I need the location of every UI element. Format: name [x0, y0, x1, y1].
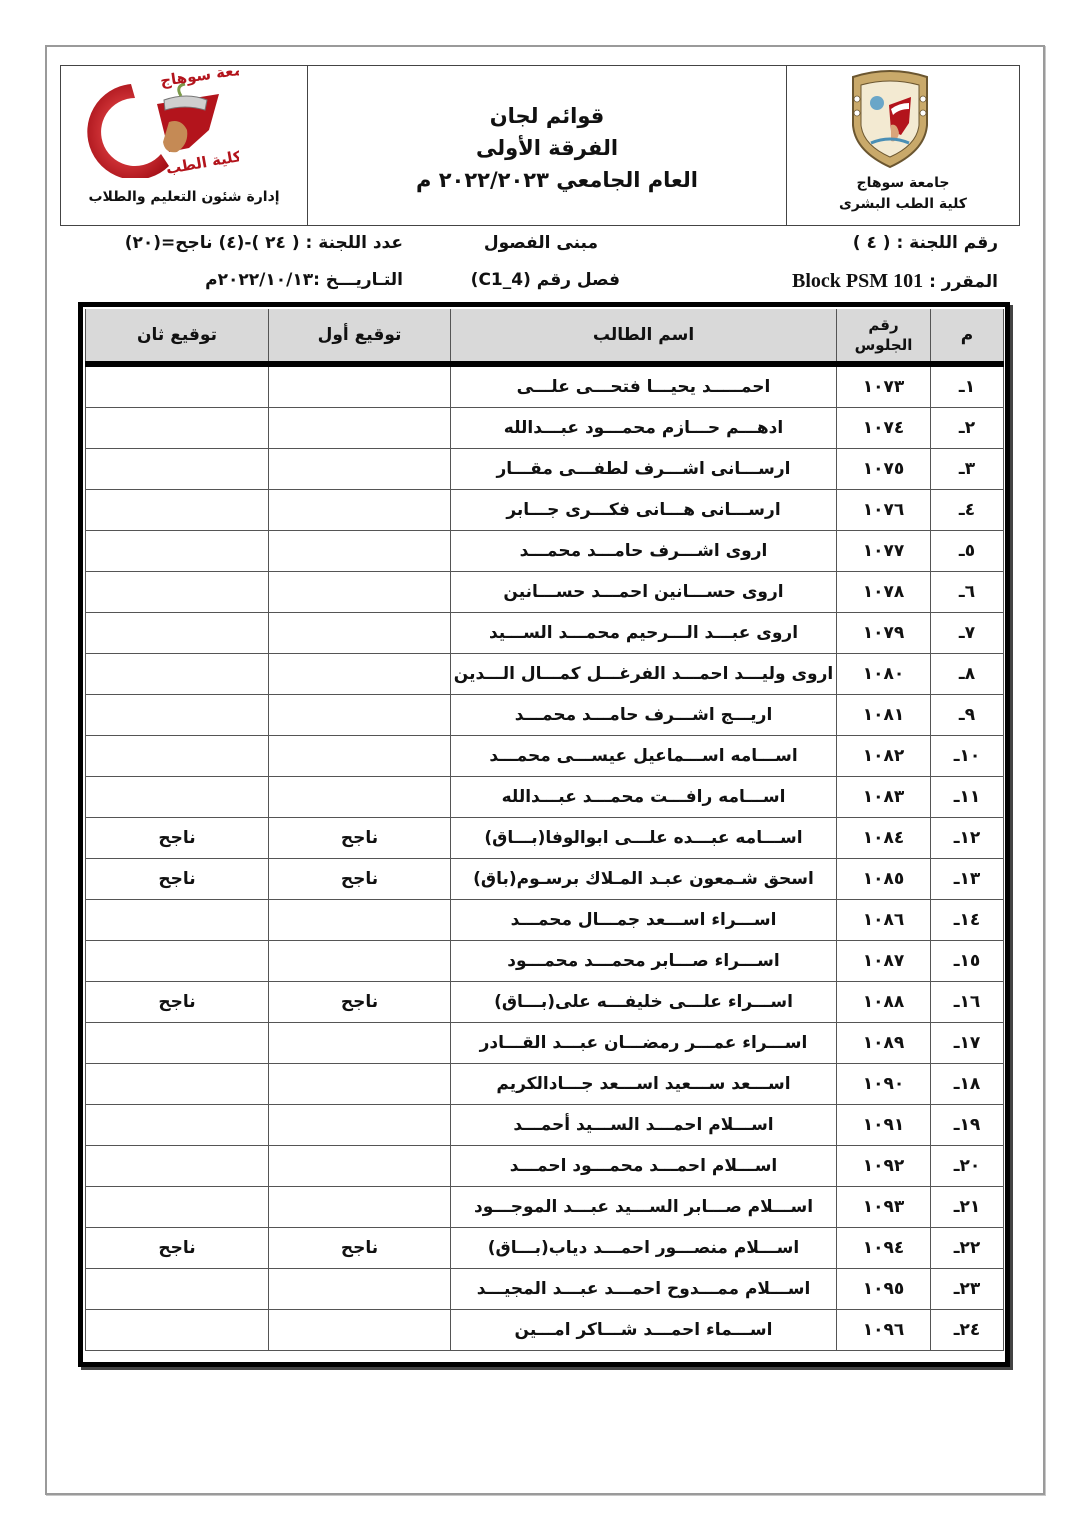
first-signature-cell: [269, 777, 451, 818]
row-index: ٤ـ: [931, 490, 1004, 531]
second-signature-cell: [86, 1146, 269, 1187]
faculty-name: كلية الطب البشرى: [787, 194, 1019, 215]
row-index: ١٣ـ: [931, 859, 1004, 900]
second-signature-cell: [86, 364, 269, 408]
seat-number: ١٠٨٢: [837, 736, 931, 777]
seat-number: ١٠٩٤: [837, 1228, 931, 1269]
second-signature-cell: [86, 408, 269, 449]
second-signature-cell: [86, 777, 269, 818]
table-row: ١ـ١٠٧٣احمـــــد يحيـــا فتحـــى علـــى: [86, 364, 1004, 408]
column-header-seat: رقم الجلوس: [837, 309, 931, 364]
seat-number: ١٠٧٤: [837, 408, 931, 449]
second-signature-cell: ناجح: [86, 1228, 269, 1269]
table-row: ٣ـ١٠٧٥ارســـانى اشـــرف لطفـــى مقـــار: [86, 449, 1004, 490]
course-code: Block PSM 101: [792, 270, 923, 292]
student-name: اســـراء اســـعد جمـــال محمـــد: [451, 900, 837, 941]
first-signature-cell: [269, 572, 451, 613]
student-name: اروى حســـانين احمـــد حســـانين: [451, 572, 837, 613]
first-signature-cell: [269, 736, 451, 777]
first-signature-cell: ناجح: [269, 818, 451, 859]
row-index: ١٩ـ: [931, 1105, 1004, 1146]
student-name: اسحق شـمعون عبـد المـلاك برسـوم(باق): [451, 859, 837, 900]
building-name: مبنى الفصول: [484, 233, 598, 253]
first-signature-cell: [269, 490, 451, 531]
course-info-row: المقرر : Block PSM 101 فصل رقم (C1_4) ال…: [120, 270, 998, 298]
row-index: ٧ـ: [931, 613, 1004, 654]
seat-number: ١٠٩١: [837, 1105, 931, 1146]
second-signature-cell: [86, 736, 269, 777]
first-signature-cell: ناجح: [269, 1228, 451, 1269]
row-index: ٨ـ: [931, 654, 1004, 695]
second-signature-cell: [86, 1023, 269, 1064]
first-signature-cell: [269, 1310, 451, 1351]
university-crest-icon: [847, 69, 933, 169]
first-signature-cell: [269, 1146, 451, 1187]
seat-number: ١٠٨٨: [837, 982, 931, 1023]
row-index: ١ـ: [931, 364, 1004, 408]
roster-table: م رقم الجلوس اسم الطالب توقيع أول توقيع …: [85, 309, 1004, 1351]
student-name: اســـراء علـــى خليفـــه على(بـــاق): [451, 982, 837, 1023]
table-row: ١٧ـ١٠٨٩اســـراء عمـــر رمضـــان عبـــد ا…: [86, 1023, 1004, 1064]
table-row: ١٣ـ١٠٨٥اسحق شـمعون عبـد المـلاك برسـوم(ب…: [86, 859, 1004, 900]
first-signature-cell: [269, 654, 451, 695]
table-row: ١٩ـ١٠٩١اســـلام احمـــد الســـيد أحمـــد: [86, 1105, 1004, 1146]
student-name: اروى وليـــد احمـــد الفرغـــل كمـــال ا…: [451, 654, 837, 695]
student-name: اســـماء احمـــد شـــاكر امـــين: [451, 1310, 837, 1351]
document-title: قوائم لجان: [308, 100, 786, 132]
seat-number: ١٠٨٤: [837, 818, 931, 859]
row-index: ٢٤ـ: [931, 1310, 1004, 1351]
seat-number: ١٠٧٥: [837, 449, 931, 490]
row-index: ١٥ـ: [931, 941, 1004, 982]
row-index: ٢١ـ: [931, 1187, 1004, 1228]
first-signature-cell: [269, 1187, 451, 1228]
student-name: اســـراء عمـــر رمضـــان عبـــد القـــاد…: [451, 1023, 837, 1064]
table-row: ٢٢ـ١٠٩٤اســـلام منصـــور احمـــد دياب(بـ…: [86, 1228, 1004, 1269]
student-name: احمـــــد يحيـــا فتحـــى علـــى: [451, 364, 837, 408]
seat-number: ١٠٨٣: [837, 777, 931, 818]
first-signature-cell: [269, 1269, 451, 1310]
student-name: اســـلام احمـــد محمـــود احمـــد: [451, 1146, 837, 1187]
seat-number: ١٠٧٧: [837, 531, 931, 572]
student-name: اســـلام صـــابر الســـيد عبـــد الموجــ…: [451, 1187, 837, 1228]
table-row: ٨ـ١٠٨٠اروى وليـــد احمـــد الفرغـــل كمـ…: [86, 654, 1004, 695]
row-index: ١٤ـ: [931, 900, 1004, 941]
row-index: ٢٠ـ: [931, 1146, 1004, 1187]
column-header-index: م: [931, 309, 1004, 364]
table-row: ٧ـ١٠٧٩اروى عبـــد الـــرحيم محمـــد السـ…: [86, 613, 1004, 654]
first-signature-cell: ناجح: [269, 982, 451, 1023]
header-left-cell: جامعة سوهاج كلية الطب إدارة شئون التعليم…: [61, 66, 308, 225]
table-row: ٢٤ـ١٠٩٦اســـماء احمـــد شـــاكر امـــين: [86, 1310, 1004, 1351]
university-name: جامعة سوهاج: [787, 173, 1019, 194]
first-signature-cell: [269, 941, 451, 982]
first-signature-cell: [269, 900, 451, 941]
seat-number: ١٠٧٦: [837, 490, 931, 531]
row-index: ٥ـ: [931, 531, 1004, 572]
header-right-cell: جامعة سوهاج كلية الطب البشرى: [787, 66, 1019, 225]
first-signature-cell: [269, 449, 451, 490]
student-name: اســـلام ممـــدوح احمـــد عبـــد المجيــ…: [451, 1269, 837, 1310]
second-signature-cell: [86, 1269, 269, 1310]
seat-number: ١٠٨٧: [837, 941, 931, 982]
course-label: المقرر :: [929, 272, 998, 292]
department-label: إدارة شئون التعليم والطلاب: [61, 189, 307, 205]
first-signature-cell: [269, 364, 451, 408]
exam-date: التـاريـــخ :٢٠٢٢/١٠/١٣م: [205, 270, 403, 290]
table-header-row: م رقم الجلوس اسم الطالب توقيع أول توقيع …: [86, 309, 1004, 364]
seat-number: ١٠٨٦: [837, 900, 931, 941]
table-row: ١٢ـ١٠٨٤اســـامه عبـــده علـــى ابوالوفا(…: [86, 818, 1004, 859]
first-signature-cell: [269, 1105, 451, 1146]
academic-year: العام الجامعي ٢٠٢٢/٢٠٢٣ م: [308, 164, 786, 196]
row-index: ١٦ـ: [931, 982, 1004, 1023]
second-signature-cell: [86, 695, 269, 736]
first-signature-cell: [269, 531, 451, 572]
table-row: ٢ـ١٠٧٤ادهـــم حـــازم محمـــود عبـــدالل…: [86, 408, 1004, 449]
first-signature-cell: [269, 1023, 451, 1064]
table-row: ٩ـ١٠٨١اريـــج اشـــرف حامـــد محمـــد: [86, 695, 1004, 736]
committee-number: رقم اللجنة : ( ٤ ): [853, 233, 998, 253]
table-row: ١٥ـ١٠٨٧اســـراء صـــابر محمـــد محمـــود: [86, 941, 1004, 982]
row-index: ٢٣ـ: [931, 1269, 1004, 1310]
table-row: ١٨ـ١٠٩٠اســـعد ســـعيد اســـعد جـــادالك…: [86, 1064, 1004, 1105]
second-signature-cell: [86, 449, 269, 490]
seat-number: ١٠٧٣: [837, 364, 931, 408]
second-signature-cell: ناجح: [86, 859, 269, 900]
seat-number: ١٠٨٩: [837, 1023, 931, 1064]
seat-number: ١٠٨٥: [837, 859, 931, 900]
second-signature-cell: [86, 1064, 269, 1105]
table-row: ١١ـ١٠٨٣اســـامه رافـــت محمـــد عبـــدال…: [86, 777, 1004, 818]
row-index: ٣ـ: [931, 449, 1004, 490]
header-title-cell: قوائم لجان الفرقة الأولى العام الجامعي ٢…: [308, 66, 787, 225]
seat-number: ١٠٩٠: [837, 1064, 931, 1105]
row-index: ٢٢ـ: [931, 1228, 1004, 1269]
row-index: ١٨ـ: [931, 1064, 1004, 1105]
seat-number: ١٠٧٨: [837, 572, 931, 613]
student-name: ارســـانى اشـــرف لطفـــى مقـــار: [451, 449, 837, 490]
first-signature-cell: [269, 613, 451, 654]
second-signature-cell: ناجح: [86, 982, 269, 1023]
table-row: ٢٣ـ١٠٩٥اســـلام ممـــدوح احمـــد عبـــد …: [86, 1269, 1004, 1310]
second-signature-cell: [86, 490, 269, 531]
second-signature-cell: [86, 900, 269, 941]
row-index: ١١ـ: [931, 777, 1004, 818]
student-name: اســـلام احمـــد الســـيد أحمـــد: [451, 1105, 837, 1146]
second-signature-cell: [86, 613, 269, 654]
student-name: اروى عبـــد الـــرحيم محمـــد الســـيد: [451, 613, 837, 654]
first-signature-cell: [269, 695, 451, 736]
second-signature-cell: [86, 1187, 269, 1228]
row-index: ٦ـ: [931, 572, 1004, 613]
seat-header-line2: الجلوس: [837, 335, 930, 355]
student-name: ادهـــم حـــازم محمـــود عبـــدالله: [451, 408, 837, 449]
first-signature-cell: [269, 408, 451, 449]
second-signature-cell: ناجح: [86, 818, 269, 859]
student-name: اســـراء صـــابر محمـــد محمـــود: [451, 941, 837, 982]
table-row: ٦ـ١٠٧٨اروى حســـانين احمـــد حســـانين: [86, 572, 1004, 613]
table-row: ١٠ـ١٠٨٢اســـامه اســـماعيل عيســـى محمــ…: [86, 736, 1004, 777]
row-index: ٩ـ: [931, 695, 1004, 736]
student-name: اســـامه اســـماعيل عيســـى محمـــد: [451, 736, 837, 777]
seat-number: ١٠٨١: [837, 695, 931, 736]
table-row: ٤ـ١٠٧٦ارســـانى هـــانى فكـــرى جـــابر: [86, 490, 1004, 531]
seat-number: ١٠٩٣: [837, 1187, 931, 1228]
seat-number: ١٠٩٦: [837, 1310, 931, 1351]
column-header-second-signature: توقيع ثان: [86, 309, 269, 364]
student-roster: م رقم الجلوس اسم الطالب توقيع أول توقيع …: [78, 302, 1010, 1367]
column-header-name: اسم الطالب: [451, 309, 837, 364]
table-row: ١٤ـ١٠٨٦اســـراء اســـعد جمـــال محمـــد: [86, 900, 1004, 941]
seat-number: ١٠٩٢: [837, 1146, 931, 1187]
first-signature-cell: ناجح: [269, 859, 451, 900]
student-name: اســـلام منصـــور احمـــد دياب(بـــاق): [451, 1228, 837, 1269]
second-signature-cell: [86, 654, 269, 695]
seat-number: ١٠٨٠: [837, 654, 931, 695]
faculty-logo-icon: جامعة سوهاج كلية الطب: [69, 70, 239, 178]
document-header: جامعة سوهاج كلية الطب إدارة شئون التعليم…: [60, 65, 1020, 226]
committee-info-row: رقم اللجنة : ( ٤ ) مبنى الفصول عدد اللجن…: [120, 233, 998, 261]
seat-header-line1: رقم: [837, 315, 930, 335]
course: المقرر : Block PSM 101: [792, 270, 998, 293]
second-signature-cell: [86, 1310, 269, 1351]
row-index: ١٧ـ: [931, 1023, 1004, 1064]
second-signature-cell: [86, 572, 269, 613]
row-index: ١٠ـ: [931, 736, 1004, 777]
student-name: اســـامه رافـــت محمـــد عبـــدالله: [451, 777, 837, 818]
second-signature-cell: [86, 1105, 269, 1146]
committee-count: عدد اللجنة : ( ٢٤ )-(٤) ناجح=(٢٠): [125, 233, 403, 253]
column-header-first-signature: توقيع أول: [269, 309, 451, 364]
table-row: ٥ـ١٠٧٧اروى اشـــرف حامـــد محمـــد: [86, 531, 1004, 572]
student-name: اســـعد ســـعيد اســـعد جـــادالكريم: [451, 1064, 837, 1105]
student-name: ارســـانى هـــانى فكـــرى جـــابر: [451, 490, 837, 531]
second-signature-cell: [86, 941, 269, 982]
first-signature-cell: [269, 1064, 451, 1105]
row-index: ١٢ـ: [931, 818, 1004, 859]
student-name: اروى اشـــرف حامـــد محمـــد: [451, 531, 837, 572]
seat-number: ١٠٩٥: [837, 1269, 931, 1310]
academic-level: الفرقة الأولى: [308, 132, 786, 164]
table-row: ١٦ـ١٠٨٨اســـراء علـــى خليفـــه على(بـــ…: [86, 982, 1004, 1023]
svg-text:جامعة سوهاج: جامعة سوهاج: [159, 70, 239, 90]
row-index: ٢ـ: [931, 408, 1004, 449]
seat-number: ١٠٧٩: [837, 613, 931, 654]
classroom-number: فصل رقم (C1_4): [471, 270, 620, 290]
table-row: ٢١ـ١٠٩٣اســـلام صـــابر الســـيد عبـــد …: [86, 1187, 1004, 1228]
table-row: ٢٠ـ١٠٩٢اســـلام احمـــد محمـــود احمـــد: [86, 1146, 1004, 1187]
second-signature-cell: [86, 531, 269, 572]
student-name: اريـــج اشـــرف حامـــد محمـــد: [451, 695, 837, 736]
student-name: اســـامه عبـــده علـــى ابوالوفا(بـــاق): [451, 818, 837, 859]
